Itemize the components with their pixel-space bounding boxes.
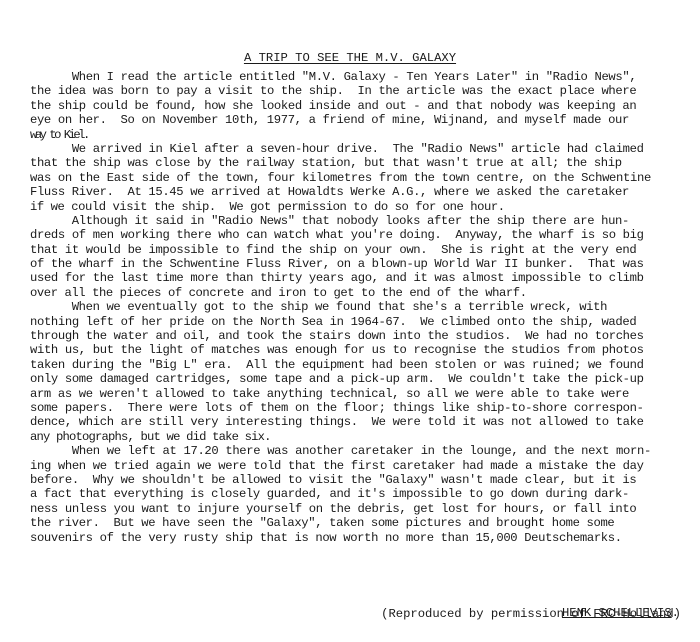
text-line: Although it said in "Radio News" that no… bbox=[30, 214, 700, 228]
text-line: the ship could be found, how she looked … bbox=[30, 99, 700, 113]
text-line: the river. But we have seen the "Galaxy"… bbox=[30, 516, 700, 530]
text-line: with us, but the light of matches was en… bbox=[30, 343, 700, 357]
text-line: the idea was born to pay a visit to the … bbox=[30, 84, 700, 98]
text-line: that the ship was close by the railway s… bbox=[30, 156, 700, 170]
text-line: dreds of men working there who can watch… bbox=[30, 228, 700, 242]
text-line: over all the pieces of concrete and iron… bbox=[30, 286, 700, 300]
document-title: A TRIP TO SEE THE M.V. GALAXY bbox=[30, 51, 670, 65]
text-line: of the wharf in the Schwentine Fluss Riv… bbox=[30, 257, 700, 271]
text-line: Fluss River. At 15.45 we arrived at Howa… bbox=[30, 185, 700, 199]
text-line: When I read the article entitled "M.V. G… bbox=[30, 70, 700, 84]
document-body: When I read the article entitled "M.V. G… bbox=[30, 70, 700, 545]
text-line: nothing left of her pride on the North S… bbox=[30, 315, 700, 329]
text-line: was on the East side of the town, four k… bbox=[30, 171, 700, 185]
reproduction-credit: (Reproduced by permission of FRC-Holland… bbox=[381, 607, 681, 621]
text-line: When we left at 17.20 there was another … bbox=[30, 444, 700, 458]
text-line: way to Kiel. bbox=[30, 128, 700, 142]
text-line: if we could visit the ship. We got permi… bbox=[30, 200, 700, 214]
text-line: We arrived in Kiel after a seven-hour dr… bbox=[30, 142, 700, 156]
text-line: dence, which are still very interesting … bbox=[30, 415, 700, 429]
text-line: arm as we weren't allowed to take anythi… bbox=[30, 387, 700, 401]
text-line: When we eventually got to the ship we fo… bbox=[30, 300, 700, 314]
text-line: through the water and oil, and took the … bbox=[30, 329, 700, 343]
text-line: that it would be impossible to find the … bbox=[30, 243, 700, 257]
text-line: ness unless you want to injure yourself … bbox=[30, 502, 700, 516]
text-line: used for the last time more than thirty … bbox=[30, 271, 700, 285]
text-line: ing when we tried again we were told tha… bbox=[30, 459, 700, 473]
text-line: taken during the "Big L" era. All the eq… bbox=[30, 358, 700, 372]
text-line: before. Why we shouldn't be allowed to v… bbox=[30, 473, 700, 487]
text-line: only some damaged cartridges, some tape … bbox=[30, 372, 700, 386]
text-line: any photographs, but we did take six. bbox=[30, 430, 700, 444]
text-line: souvenirs of the very rusty ship that is… bbox=[30, 531, 700, 545]
text-line: some papers. There were lots of them on … bbox=[30, 401, 700, 415]
text-line: eye on her. So on November 10th, 1977, a… bbox=[30, 113, 700, 127]
text-line: a fact that everything is closely guarde… bbox=[30, 487, 700, 501]
